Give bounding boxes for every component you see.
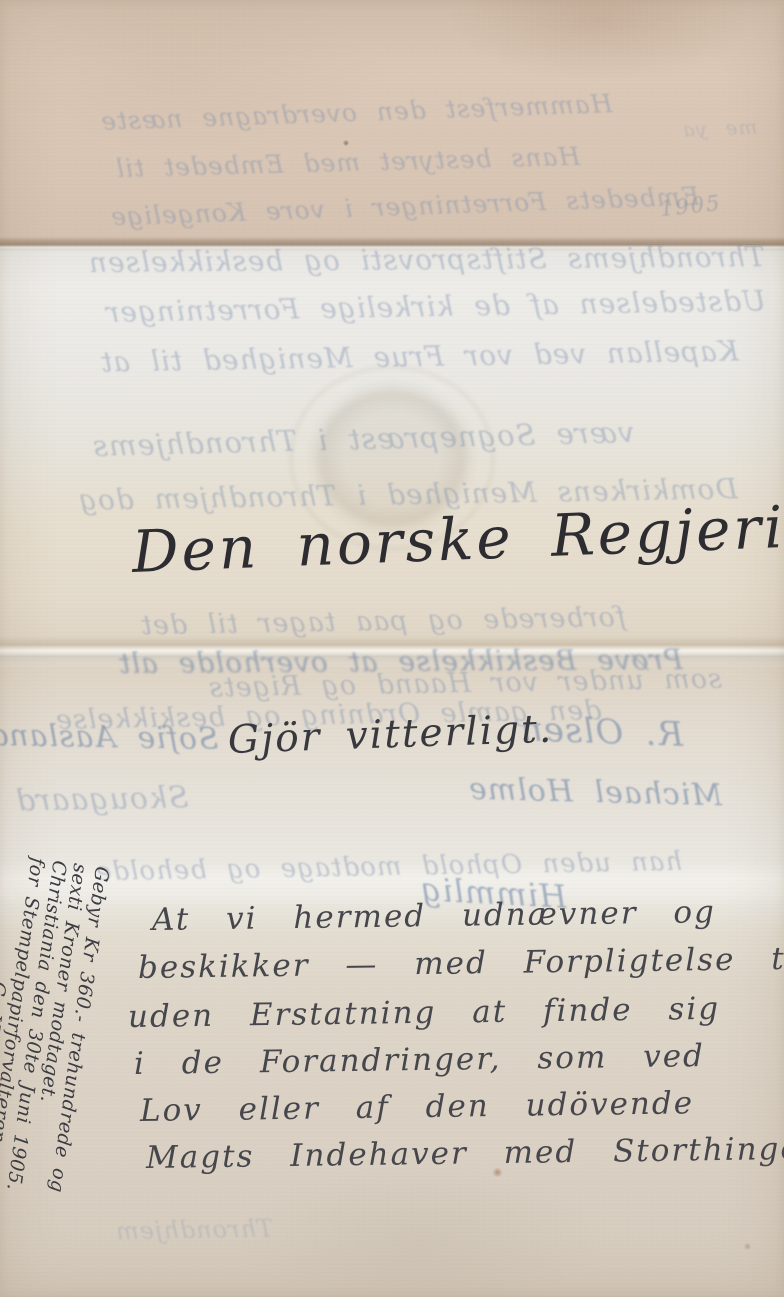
ink-stain (343, 140, 349, 146)
bleedthrough-line: i Throndhjems Stiftsprovsti og beskikkel… (88, 240, 784, 279)
bleedthrough-line: Udstedelsen af de kirkelige Forretninger (105, 284, 766, 329)
bleedthrough-signature: Skougaard (15, 780, 189, 818)
bleedthrough-line: Hammerfest den overdragne næste (100, 89, 613, 136)
bleedthrough-fragment: Throndhjem (115, 1215, 274, 1246)
bleedthrough-line: være Sognepræst i Throndhjems (92, 415, 635, 463)
year-annotation: 1905 (659, 191, 723, 221)
bleedthrough-signature: Michael Holme (468, 772, 723, 814)
body-line: Lov eller af den udövende (140, 1085, 695, 1129)
margin-fee-note: Gebyr Kr 360.- trehundrede og sexti Kron… (0, 853, 112, 1296)
body-line: i de Forandringer, som ved (134, 1038, 705, 1082)
bleedthrough-signature: Sofie Aasland (0, 718, 219, 757)
body-line: Magts Indehaver med Storthinget (146, 1131, 784, 1176)
document-photo: Hammerfest den overdragne næste Hans bes… (0, 0, 784, 1297)
bleedthrough-line: Kapellan ved vor Frue Menighed til at (100, 334, 739, 378)
bleedthrough-line: Hans bestyret med Embedet til (115, 142, 581, 183)
bleedthrough-fragment: me ya (682, 115, 758, 142)
bleedthrough-line: Embedets Forretninger i vore Kongelige (110, 182, 700, 232)
body-line: At vi hermed udnævner og (152, 894, 716, 938)
body-line: uden Erstatning at finde sig (128, 991, 721, 1035)
ink-stain (744, 1243, 751, 1250)
body-line: beskikker — med Forpligtelse til (138, 941, 784, 986)
